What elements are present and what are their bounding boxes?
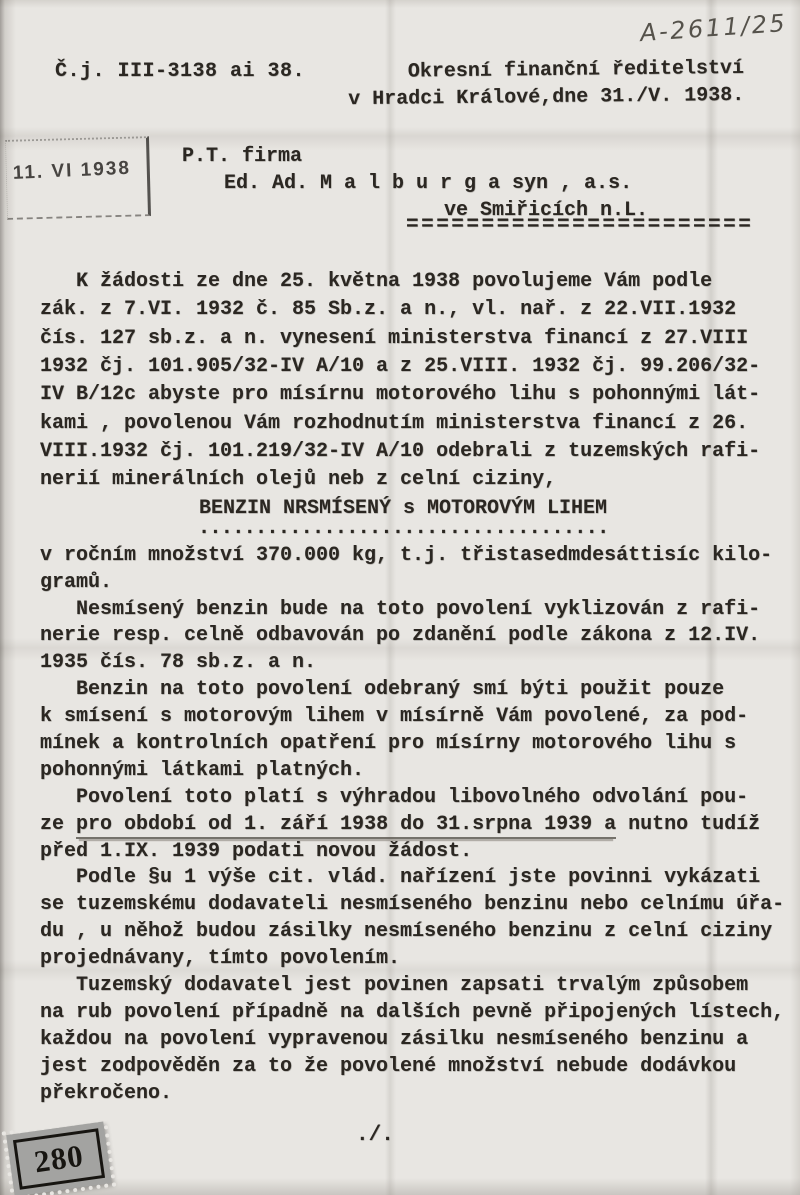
office-place-date: v Hradci Králové,dne 31./V. 1938. <box>348 82 744 113</box>
body-line: gramů. <box>40 570 766 597</box>
office-name: Okresní finanční ředitelství <box>348 55 744 86</box>
received-date-stamp-text: 11. VI 1938 <box>12 157 147 185</box>
body-line: zák. z 7.VI. 1932 č. 85 Sb.z. a n., vl. … <box>40 296 766 324</box>
scanned-letter-page: A-2611/25 Č.j. III-3138 ai 38. Okresní f… <box>0 0 800 1195</box>
recipient-salutation: P.T. firma <box>182 145 302 168</box>
body-line: 1932 čj. 101.905/32-IV A/10 a z 25.VIII.… <box>40 353 766 381</box>
document-body: K žádosti ze dne 25. května 1938 povoluj… <box>40 268 766 1107</box>
body-line: IV B/12c abyste pro mísírnu motorového l… <box>40 381 766 409</box>
body-line: se tuzemskému dodavateli nesmíseného ben… <box>40 892 766 919</box>
body-line: VIII.1932 čj. 101.219/32-IV A/10 odebral… <box>40 438 766 466</box>
body-line: Tuzemský dodavatel jest povinen zapsati … <box>40 973 766 1000</box>
continuation-mark: ./. <box>356 1124 394 1147</box>
handwritten-archive-ref: A-2611/25 <box>639 9 788 47</box>
body-line: v ročním množství 370.000 kg, t.j. třist… <box>40 543 766 570</box>
dotted-rule: .................................... <box>40 523 766 543</box>
body-line: pohonnými látkami platných. <box>40 758 766 785</box>
body-line: nerie resp. celně odbavován po zdanění p… <box>40 623 766 650</box>
body-line: du , u něhož budou zásilky nesmíseného b… <box>40 919 766 946</box>
body-line: K žádosti ze dne 25. května 1938 povoluj… <box>40 268 766 296</box>
issuing-office-block: Okresní finanční ředitelství v Hradci Kr… <box>348 55 745 113</box>
body-line: nerií minerálních olejů neb z celní cizi… <box>40 466 766 494</box>
body-line: překročeno. <box>40 1081 766 1108</box>
body-line: mínek a kontrolních opatření pro mísírny… <box>40 731 766 758</box>
body-line: 1935 čís. 78 sb.z. a n. <box>40 650 766 677</box>
body-line: jest zodpověděn za to že povolené množst… <box>40 1054 766 1081</box>
recipient-company: Ed. Ad. M a l b u r g a syn , a.s. <box>224 172 632 195</box>
body-text-segment: nutno tudíž <box>616 813 760 836</box>
pencil-underlined-text: pro období od 1. září 1938 do 31.srpna 1… <box>76 813 616 839</box>
body-line: Podle §u 1 výše cit. vlád. nařízení jste… <box>40 865 766 892</box>
body-line: každou na povolení vypravenou zásilku ne… <box>40 1027 766 1054</box>
body-line: ze pro období od 1. září 1938 do 31.srpn… <box>40 812 766 839</box>
received-date-stamp: 11. VI 1938 <box>5 136 151 220</box>
archive-number-stamp: 280 <box>6 1121 112 1195</box>
body-line: Benzin na toto povolení odebraný smí být… <box>40 677 766 704</box>
body-line: Povolení toto platí s výhradou libovolné… <box>40 785 766 812</box>
body-line: projednávany, tímto povolením. <box>40 946 766 973</box>
body-line: na rub povolení případně na dalších pevn… <box>40 1000 766 1027</box>
body-line: čís. 127 sb.z. a n. vynesení ministerstv… <box>40 325 766 353</box>
body-line: kami , povolenou Vám rozhodnutím ministe… <box>40 410 766 438</box>
body-line: před 1.IX. 1939 podati novou žádost. <box>40 839 766 866</box>
archive-number-stamp-value: 280 <box>13 1128 105 1189</box>
body-line: k smísení s motorovým lihem v mísírně Vá… <box>40 704 766 731</box>
file-reference-number: Č.j. III-3138 ai 38. <box>55 60 305 83</box>
recipient-underline-rule: ======================= <box>406 214 753 237</box>
body-text-segment: ze <box>40 813 76 836</box>
body-line: Nesmísený benzin bude na toto povolení v… <box>40 597 766 624</box>
